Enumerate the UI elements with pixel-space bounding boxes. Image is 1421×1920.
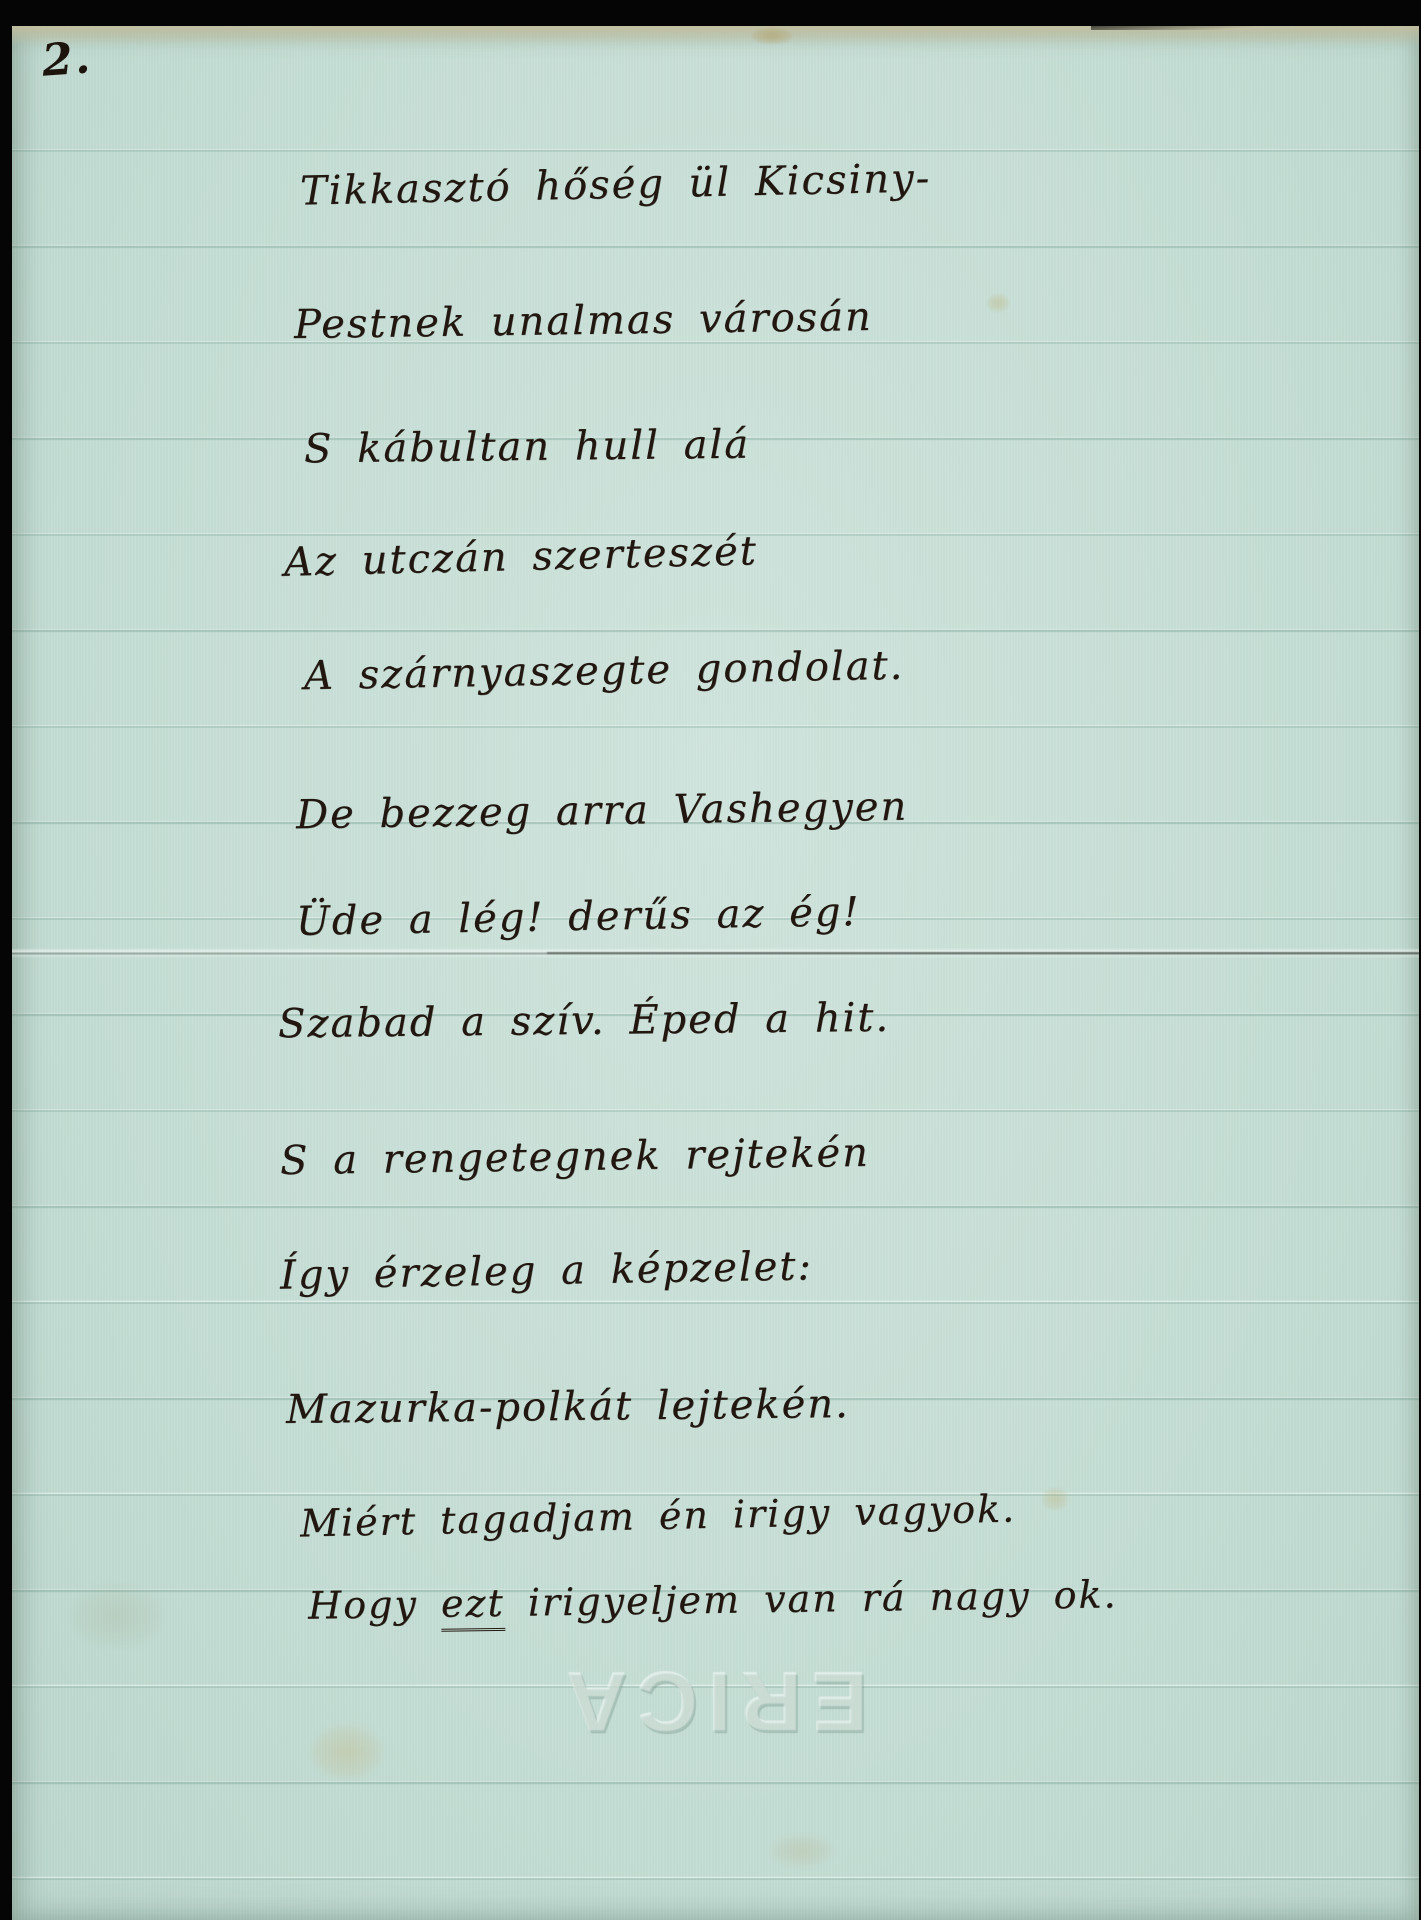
poem-line: Üde a lég! derűs az ég! xyxy=(296,889,861,945)
poem-line: S kábultan hull alá xyxy=(304,422,751,473)
poem: Tikkasztó hőség ül Kicsiny-Pestnek unalm… xyxy=(12,26,1419,1920)
poem-line: De bezzeg arra Vashegyen xyxy=(296,784,909,839)
poem-line: Tikkasztó hőség ül Kicsiny- xyxy=(300,155,932,214)
poem-line: Így érzeleg a képzelet: xyxy=(280,1243,814,1298)
poem-line: Pestnek unalmas városán xyxy=(294,294,873,348)
poem-line: A szárnyaszegte gondolat. xyxy=(304,643,905,699)
poem-line: S a rengetegnek rejtekén xyxy=(280,1130,870,1184)
poem-line: Miért tagadjam én irigy vagyok. xyxy=(300,1487,1017,1546)
poem-line: Mazurka-polkát lejtekén. xyxy=(286,1381,850,1433)
scanned-manuscript: 2. Tikkasztó hőség ül Kicsiny-Pestnek un… xyxy=(0,0,1421,1920)
manuscript-page: 2. Tikkasztó hőség ül Kicsiny-Pestnek un… xyxy=(12,26,1419,1920)
paper-watermark: ERICA xyxy=(557,1654,868,1751)
poem-line: Szabad a szív. Éped a hit. xyxy=(278,995,890,1047)
poem-line: Hogy ezt irigyeljem van rá nagy ok. xyxy=(308,1572,1118,1627)
poem-line: Az utczán szerteszét xyxy=(284,528,759,586)
underlined-word: ezt xyxy=(441,1581,505,1632)
